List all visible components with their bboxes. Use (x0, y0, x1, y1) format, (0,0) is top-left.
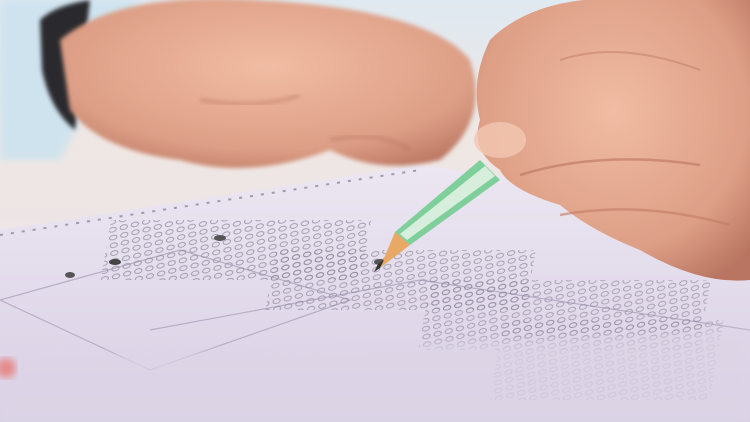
photo-scene (0, 0, 750, 422)
left-hand (60, 0, 476, 168)
thumbnail (474, 122, 526, 158)
